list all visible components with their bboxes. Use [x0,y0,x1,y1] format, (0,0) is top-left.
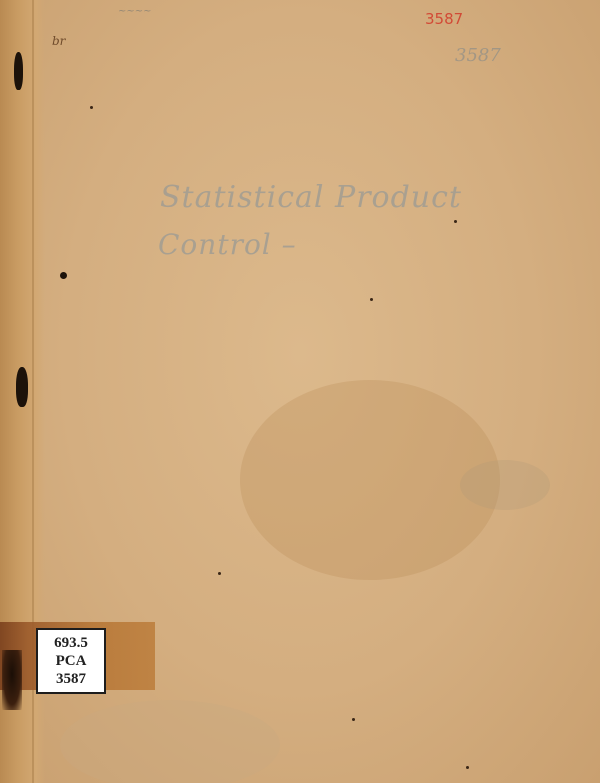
call-number-cutter: PCA [56,652,87,670]
speck [90,106,93,109]
binding-hole-icon [14,52,23,90]
handwritten-title-line1: Statistical Product [160,180,462,215]
call-number-accession: 3587 [56,670,86,688]
dark-stain [2,650,22,710]
top-scribble: ~~~~ [118,6,152,17]
speck [466,766,469,769]
speck [218,572,221,575]
speck [352,718,355,721]
ink-spot-icon [60,272,67,279]
speck [454,220,457,223]
handwritten-title-line2: Control – [158,228,297,261]
water-stain [60,700,280,783]
red-accession-annotation: 3587 [425,10,463,28]
speck [370,298,373,301]
pencil-accession-annotation: 3587 [455,45,501,66]
corner-mark: br [52,34,65,48]
book-cover: ~~~~ br 3587 3587 Statistical Product Co… [0,0,600,783]
call-number-class: 693.5 [54,634,88,652]
smudge [460,460,550,510]
library-call-number-label: 693.5 PCA 3587 [36,628,106,694]
binding-hole-icon [16,367,28,407]
